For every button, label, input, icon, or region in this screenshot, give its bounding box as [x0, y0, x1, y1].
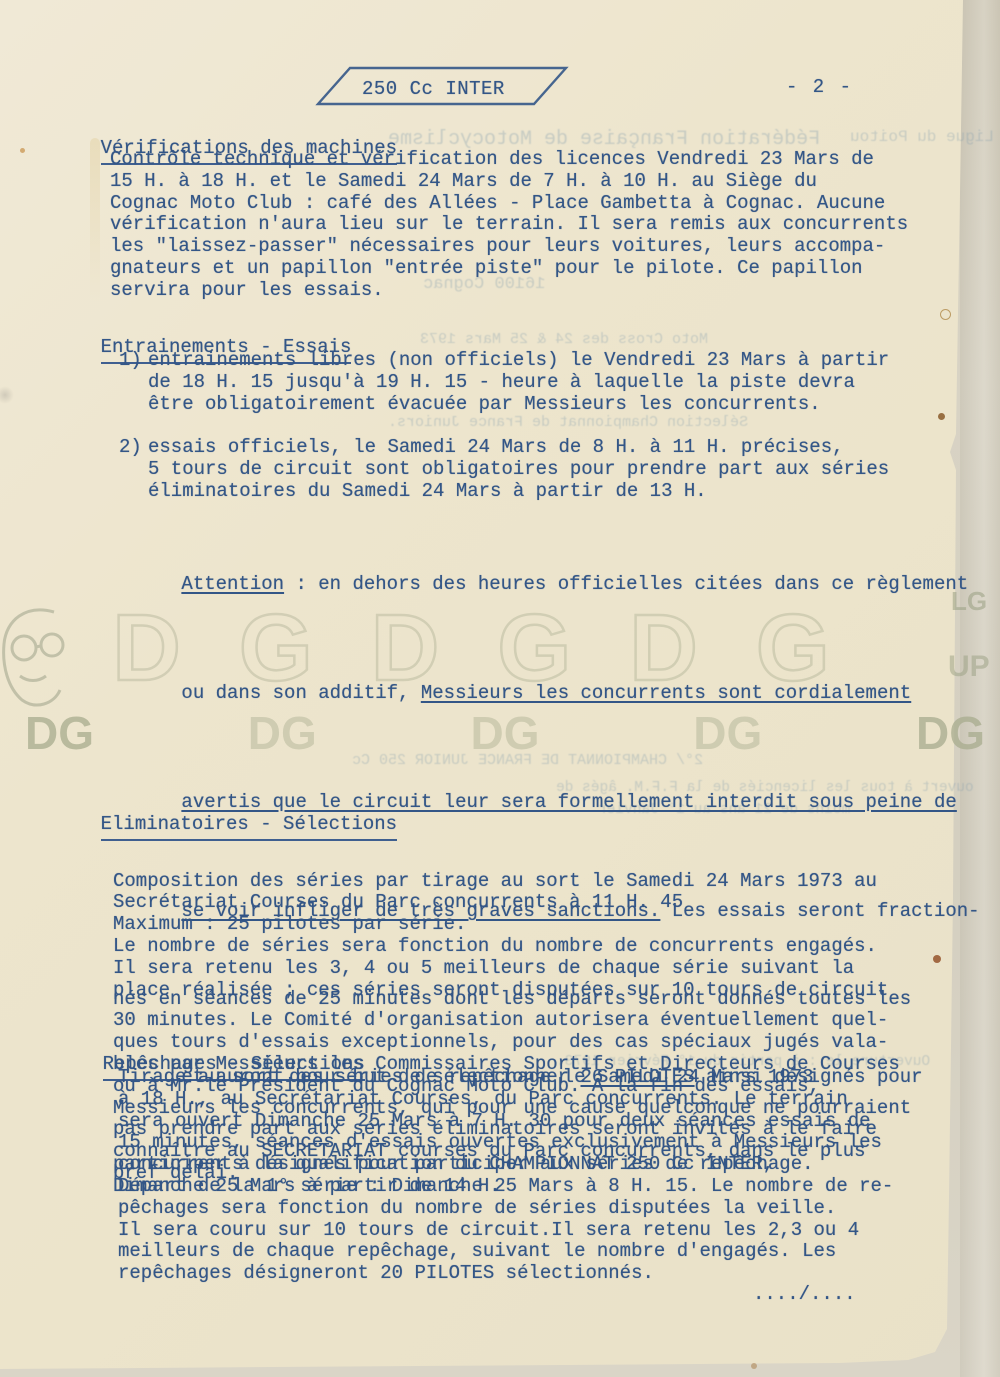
underlined-text: Messieurs les concurrents sont cordialem…	[421, 682, 911, 704]
paragraph-verifications: Contrôle technique et vérification des l…	[110, 149, 908, 302]
text-line: éliminatoires du Samedi 24 Mars à partir…	[148, 481, 889, 503]
text-line: meilleurs de chaque repêchage, suivant l…	[118, 1241, 893, 1263]
ghost-text: Moto Cross des 24 & 25 Mars 1973	[420, 331, 708, 349]
text-line: ou dans son additif, Messieurs les concu…	[113, 662, 980, 727]
list-item-1: entrainements libres (non officiels) le …	[148, 350, 889, 415]
text-line: gnateurs et un papillon "entrée piste" p…	[110, 258, 908, 280]
scanned-document-page: DGDGDG DG DG DG DG DG LG UP Fédération F…	[0, 0, 1000, 1377]
rust-speck	[933, 955, 941, 963]
list-item-number: 2)	[119, 437, 142, 459]
paragraph-repechages: Tirage au sort des séries de repêchage l…	[118, 1067, 893, 1285]
text-line: concurrents désignés pour participer aux…	[118, 1154, 893, 1176]
page-number: - 2 -	[786, 77, 853, 99]
text-line: servira pour les essais.	[110, 280, 908, 302]
text-line: être obligatoirement évacuée par Messieu…	[148, 394, 889, 416]
text-line: 5 tours de circuit sont obligatoires pou…	[148, 459, 889, 481]
text-line: de 18 H. 15 jusqu'à 19 H. 15 - heure à l…	[148, 372, 889, 394]
ghost-text: Fédération Française de Motocyclisme	[388, 131, 820, 149]
underlined-text: Attention	[181, 573, 284, 595]
text-line: Secrétariat Courses du Parc concurrents …	[113, 892, 923, 914]
rust-speck	[751, 1363, 757, 1369]
text-line: sera ouvert Dimanche 25 Mars à 7 H. 30 p…	[118, 1111, 893, 1133]
text-line: vérification n'aura lieu sur le terrain.…	[110, 214, 908, 236]
text-line: Composition des séries par tirage au sor…	[113, 871, 923, 893]
text-line: Tirage au sort des séries de repêchage l…	[118, 1067, 893, 1089]
text-line: 15 minutes, séances d'essais ouvertes ex…	[118, 1132, 893, 1154]
text-segment: ou dans son additif,	[181, 682, 420, 704]
text-line: Contrôle technique et vérification des l…	[110, 149, 908, 171]
text-line: Le nombre de séries sera fonction du nom…	[113, 936, 923, 958]
continuation-mark: ..../....	[753, 1284, 856, 1306]
text-line: 15 H. à 18 H. et le Samedi 24 Mars de 7 …	[110, 171, 908, 193]
text-line: place réalisée ; ces séries seront dispu…	[113, 980, 923, 1002]
text-line: Maximum : 25 pilotes par série.	[113, 914, 923, 936]
text-line: Départ de la 1° série : Dimanche 25 Mars…	[118, 1176, 893, 1198]
rust-speck	[938, 413, 945, 420]
paragraph-part: Composition des séries par tirage au sor…	[113, 871, 923, 1002]
rust-speck	[940, 309, 951, 320]
page-title-tag: 250 Cc INTER	[362, 79, 505, 101]
text-line: les "laissez-passer" nécessaires pour le…	[110, 236, 908, 258]
ghost-text: Ligue du Poitou	[850, 128, 994, 146]
rust-speck	[20, 148, 25, 153]
text-line: Il sera retenu les 3, 4 ou 5 meilleurs d…	[113, 958, 923, 980]
text-line: repêchages désigneront 20 PILOTES sélect…	[118, 1263, 893, 1285]
text-line: Il sera couru sur 10 tours de circuit.Il…	[118, 1220, 893, 1242]
text-segment: : en dehors des heures officielles citée…	[284, 573, 968, 595]
text-line: entrainements libres (non officiels) le …	[148, 350, 889, 372]
text-line: essais officiels, le Samedi 24 Mars de 8…	[148, 437, 889, 459]
text-line: à 18 H., au Secrétariat Courses, du Parc…	[118, 1089, 893, 1111]
text-line: Attention : en dehors des heures officie…	[113, 553, 980, 618]
ghost-text: Sélection Championnat de France Juniors.	[388, 414, 748, 432]
list-item-number: 1)	[119, 350, 142, 372]
text-line: Cognac Moto Club : café des Allées - Pla…	[110, 193, 908, 215]
list-item-2: essais officiels, le Samedi 24 Mars de 8…	[148, 437, 889, 502]
stain-streak	[90, 138, 100, 303]
text-line: pêchages sera fonction du nombre de séri…	[118, 1198, 893, 1220]
